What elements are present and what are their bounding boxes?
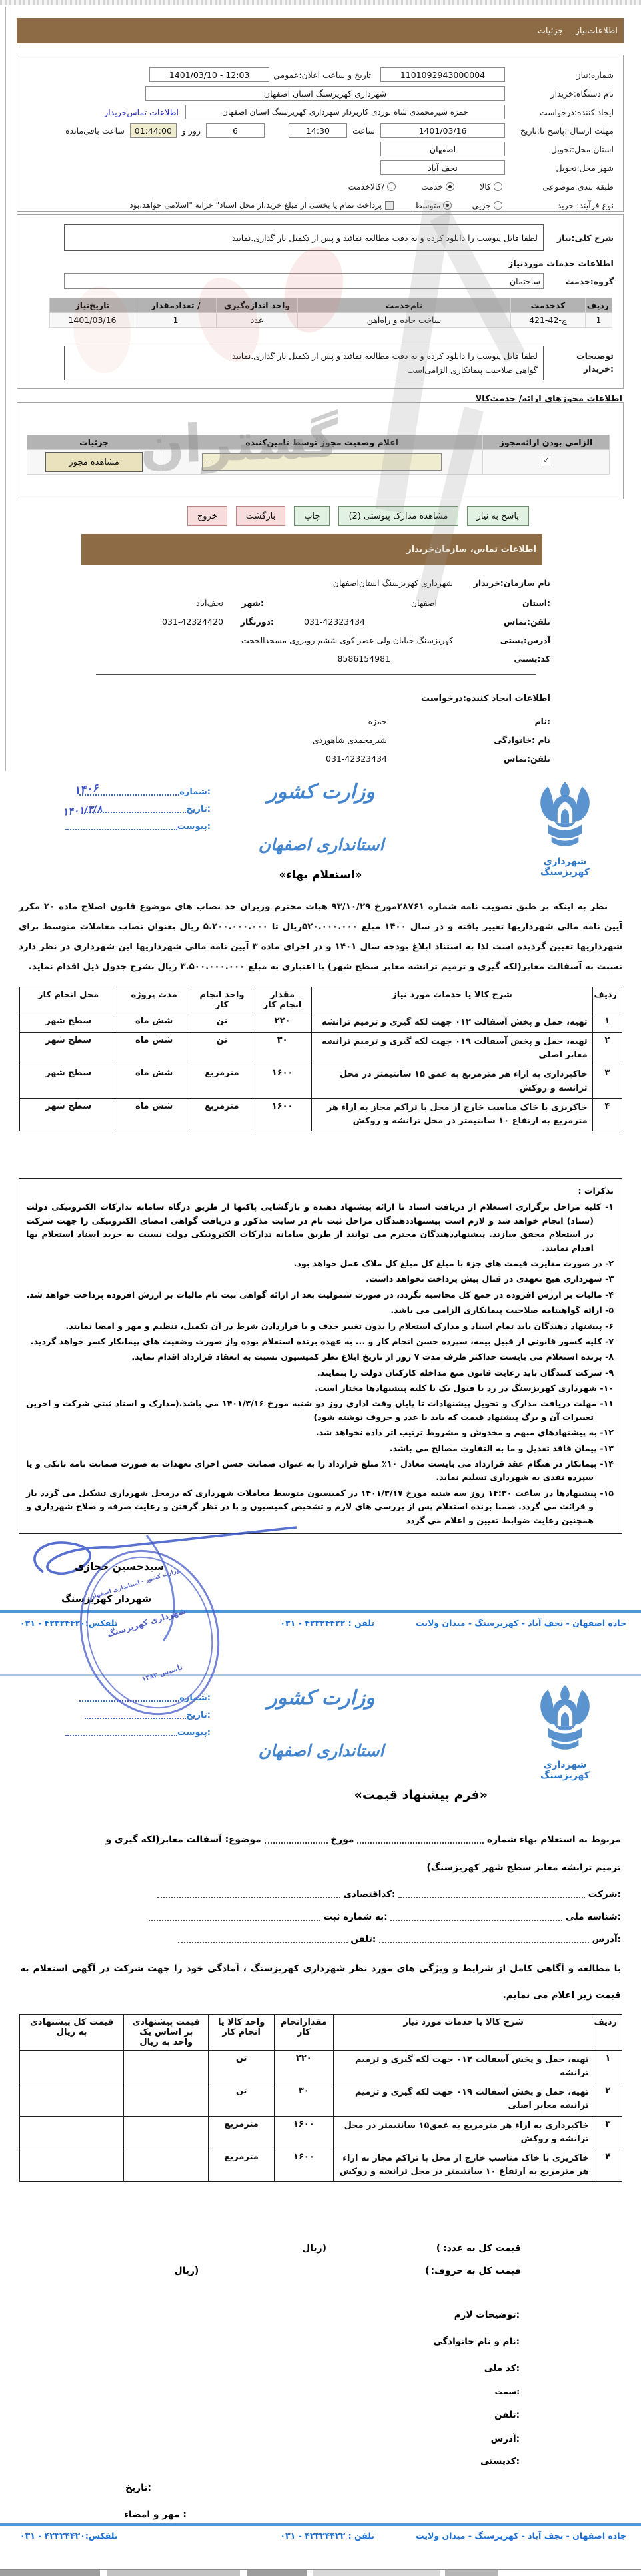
pledge-text: با مطالعه و آگاهی کامل از شرایط و ویژگی …: [20, 1955, 621, 2009]
letter1-body: نظر به اینکه بر طبق تصویب نامه شماره ۲۸۷…: [19, 898, 622, 977]
permits-box: الزامی بودن ارائه‌مجوز اعلام وضعیت مجوز …: [17, 402, 624, 499]
remaining-label: ساعت باقی‌مانده: [65, 126, 125, 136]
postal-value: 8586154981: [337, 654, 390, 664]
table-row: ۳خاکبرداری به ازاء هر مترمربع به عمق۱۵ س…: [20, 2116, 622, 2149]
table-cell: شش ماه: [117, 1098, 191, 1131]
city-value2: نجف‌آباد: [196, 598, 223, 608]
toolbar: پاسخ به نیاز مشاهده مدارک پیوستی (2) چاپ…: [187, 506, 529, 526]
table-cell: تهیه، حمل و پخش آسفالت ۰۱۹ جهت لکه گیری …: [312, 1033, 592, 1065]
col1: ردیف: [594, 2015, 622, 2051]
note-item: ۲- در صورت مغایرت قیمت های جزء با مبلغ ک…: [26, 1257, 614, 1270]
creator-name-label: :نام: [477, 716, 550, 726]
radio-service[interactable]: [446, 182, 454, 191]
national-id-row: :شناسه ملی :به شماره ثبت: [20, 1912, 621, 1922]
table-cell: ۴: [592, 1098, 622, 1131]
process-type-label: نوع فرآیند: خرید: [505, 200, 614, 210]
radio-medium-label: متوسط: [414, 200, 440, 210]
note-item: ۷- کلیه کسور قانونی از قبیل بیمه، سپرده …: [26, 1335, 614, 1348]
buyer-field[interactable]: شهرداری کهریزسنگ استان اصفهان: [145, 86, 505, 101]
letter2-footer-rule: [0, 2523, 641, 2526]
col5: قیمت پیشنهادی بر اساس یک واحد به ریال: [124, 2015, 209, 2051]
announce-field[interactable]: 1401/03/10 - 12:03: [149, 67, 269, 82]
table-cell: [20, 2083, 124, 2116]
days-label: روز و: [182, 126, 201, 136]
nationalid-blank: [390, 1913, 562, 1920]
col2: شرح کالا یا خدمات مورد نیاز: [333, 2015, 594, 2051]
creator-label: ایجاد کننده:درخواست: [505, 107, 614, 117]
letter-price-proposal: شهرداری کهریزسنگ وزارت کشور استانداری اص…: [0, 1674, 641, 2576]
creator-family-label: نام :خانوادگی: [477, 735, 550, 745]
logo-caption2: شهرداری کهریزسنگ: [526, 1760, 604, 1781]
classification-label: طبقه بندی:موضوعی: [505, 182, 614, 192]
province-label2: :استان: [510, 598, 550, 608]
letter2-intro-line2: ترمیم ترانشه معابر سطح شهر کهریزسنگ): [427, 1862, 621, 1873]
col5: مدت پروژه: [117, 987, 191, 1013]
province-field[interactable]: اصفهان: [380, 142, 505, 156]
radio-goods[interactable]: [494, 182, 502, 191]
radio-minor-label: جزیي: [472, 200, 491, 210]
phone-label: تلفن:تماس: [510, 617, 550, 627]
table-cell: مترمربع: [209, 2149, 275, 2181]
radio-minor[interactable]: [494, 201, 502, 210]
table-cell: خاکبرداری به ازاء هر مترمربع به عمق ۱۵ س…: [312, 1065, 592, 1098]
table-cell: ۱: [592, 1013, 622, 1033]
table-cell: ۱: [594, 2051, 622, 2083]
table-cell: ۱۶۰۰: [275, 2116, 334, 2149]
table-cell: ج-42-421: [511, 313, 586, 328]
letter2-footer-fax: تلفکس:۴۲۳۲۴۴۲۰ - ۰۳۱: [20, 2531, 118, 2541]
deadline-label: مهلت ارسال :پاسخ تا:تاریخ: [505, 126, 614, 136]
col6: محل انجام کار: [20, 987, 117, 1013]
col-permit-details: جزئیات: [27, 435, 161, 450]
tab-details[interactable]: جزئیات: [532, 26, 570, 36]
table-cell: [20, 2051, 124, 2083]
table-cell: خاکریزی با خاک مناسب خارج از محل با تراک…: [312, 1098, 592, 1131]
table-cell: ۱۶۰۰: [253, 1098, 312, 1131]
org-name-value: شهرداری کهریزسنگ استان‌اصفهان: [333, 578, 453, 588]
need-details-titlebar: اطلاعات‌نیاز جزئیات: [17, 18, 624, 43]
company-row: :شرکت :کداقتصادی: [20, 1889, 621, 1900]
letter2-intro: مربوط به استعلام بهاء شماره مورخ موضوع: …: [20, 1834, 621, 1845]
buyer-label: نام دستگاه:خریدار: [505, 89, 614, 99]
buyer-remarks-label: توضیحات :خریدار: [544, 350, 614, 376]
note-item: ۱۲- به پیشنهادهای مبهم و مخدوش و مشروط ت…: [26, 1426, 614, 1439]
letter-price-inquiry: شهرداری کهریزسنگ وزارت کشور استانداری اص…: [0, 771, 641, 1674]
col6: قیمت کل پیشنهادی به ریال: [20, 2015, 124, 2051]
letter1-notes-box: تذکرات : ۱- کلیه مراحل برگزاری استعلام ا…: [19, 1178, 622, 1534]
col-need-date: تاریخ‌نیاز: [50, 298, 135, 313]
table-cell: [124, 2116, 209, 2149]
need-desc-box: شرح کلی:نیاز لطفا فایل پیوست را دانلود ک…: [17, 214, 624, 389]
note-item: ۱۰- شهرداری کهریزسنگ در رد یا قبول یک یا…: [26, 1382, 614, 1395]
radio-goods-service[interactable]: [387, 182, 396, 191]
deadline-date-field[interactable]: 1401/03/16: [380, 123, 505, 138]
table-cell: سطح شهر: [20, 1013, 117, 1033]
table-cell: سطح شهر: [20, 1033, 117, 1065]
table-row: ۳خاکبرداری به ازاء هر مترمربع به عمق ۱۵ …: [20, 1065, 622, 1098]
table-cell: مترمربع: [209, 2116, 275, 2149]
permit-status-field[interactable]: --: [202, 453, 442, 471]
radio-goods-label: کالا: [480, 182, 491, 192]
table-cell: ۲۲۰: [275, 2051, 334, 2083]
col-permit-status: اعلام وضعیت مجوز توسط تامین‌کننده: [161, 435, 483, 450]
next-page-cutoff: [0, 2569, 641, 2576]
postal-label: کد:پستی: [457, 654, 550, 664]
tulip-logo-icon: [530, 779, 600, 854]
company-blank: [398, 1890, 585, 1898]
table-cell: 1: [135, 313, 217, 328]
field-seal-sign: : مهر و امضاء: [124, 2509, 187, 2520]
table-cell: ۳: [592, 1065, 622, 1098]
field-position: :سمت: [0, 2387, 641, 2396]
fax-value: 031-42324420: [162, 617, 223, 627]
days-field[interactable]: 6: [206, 123, 265, 138]
permit-row: -- مشاهده مجوز: [27, 450, 610, 475]
table-cell: 1401/03/16: [50, 313, 135, 328]
divider: [96, 674, 536, 675]
treasury-checkbox[interactable]: [385, 201, 394, 210]
table-cell: تهیه، حمل و پخش آسفالت ۰۱۲ جهت لکه گیری …: [333, 2051, 594, 2083]
phone-blank: [178, 1935, 348, 1943]
creator-section-heading: اطلاعات ایجاد کننده:درخواست: [6, 690, 636, 708]
creator-field[interactable]: حمزه شیرمحمدی شاه بوردی کاربردار شهرداری…: [185, 105, 505, 119]
hour-label: ساعت: [352, 126, 375, 136]
table-row: ۲تهیه، حمل و پخش آسفالت ۰۱۹ جهت لکه گیری…: [20, 1033, 622, 1065]
city-field[interactable]: نجف آباد: [380, 160, 505, 175]
col3: مقدارانجام کار: [275, 2015, 334, 2051]
services-table-body: 1ج-42-421ساخت جاده و راه‌آهنعدد11401/03/…: [50, 313, 612, 328]
creator-family-value: شیرمحمدی شاهوردی: [313, 735, 387, 745]
col-unit: واحد اندازه‌گیری: [217, 298, 298, 313]
creator-name-value: حمزه: [368, 716, 387, 726]
notes-heading: تذکرات :: [26, 1184, 614, 1198]
table-cell: [20, 2116, 124, 2149]
col4: واحد انجام کار: [191, 987, 253, 1013]
col-qty: / تعدادمقدار: [135, 298, 217, 313]
need-number-label: شماره:نیاز: [505, 70, 614, 80]
table-row: ۱تهیه، حمل و پخش آسفالت ۰۱۲ جهت لکه گیری…: [20, 1013, 622, 1033]
table-cell: ۳: [594, 2116, 622, 2149]
table-cell: تن: [209, 2083, 275, 2116]
proposal-table-body: ۱تهیه، حمل و پخش آسفالت ۰۱۲ جهت لکه گیری…: [20, 2051, 622, 2182]
inquiry-items-table: ردیف شرح کالا یا خدمات مورد نیاز مقدار ا…: [19, 987, 622, 1131]
ministry-calligraphy: وزارت کشور: [221, 780, 421, 804]
creator-phone-value: 031-42323434: [326, 754, 387, 764]
need-desc-label: شرح کلی:نیاز: [544, 233, 614, 243]
table-row: ۴خاکریزی با خاک مناسب خارج از محل با ترا…: [20, 1098, 622, 1131]
back-button[interactable]: بازگشت: [236, 506, 285, 526]
radio-medium[interactable]: [443, 201, 452, 210]
table-cell: [124, 2149, 209, 2181]
table-cell: شش ماه: [117, 1013, 191, 1033]
field-address: :آدرس: [0, 2434, 641, 2444]
table-cell: [124, 2051, 209, 2083]
letter2-title: «فرم پیشنهاد قیمت»: [354, 1788, 488, 1802]
radio-goods-service-label: /کالاخدمت: [348, 182, 384, 192]
col1: ردیف: [592, 987, 622, 1013]
col-service-code: کدخدمت: [511, 298, 586, 313]
city-label2: :شهر: [227, 598, 264, 608]
table-cell: ۱۶۰۰: [275, 2149, 334, 2181]
buyer-contact-link[interactable]: اطلاعات تماس‌خریدار: [104, 107, 179, 117]
field-phone: :تلفن: [0, 2410, 641, 2420]
table-row: ۱تهیه، حمل و پخش آسفالت ۰۱۲ جهت لکه گیری…: [20, 2051, 622, 2083]
reply-to-need-button[interactable]: پاسخ به نیاز: [467, 506, 530, 526]
table-cell: ۴: [594, 2149, 622, 2181]
letter-number-block: :شماره :تاریخ :پیوست ۱۴۰۶ ۱۴۰۱/۳/۸: [24, 787, 211, 839]
permits-table-header: الزامی بودن ارائه‌مجوز اعلام وضعیت مجوز …: [27, 435, 610, 450]
field-notes: :توضیحات لازم: [0, 2310, 641, 2320]
col-permit-required: الزامی بودن ارائه‌مجوز: [483, 435, 610, 450]
tulip-logo-icon: [530, 1682, 600, 1757]
municipality-logo: شهرداری کهریزسنگ: [526, 779, 604, 878]
permits-table: الزامی بودن ارائه‌مجوز اعلام وضعیت مجوز …: [27, 435, 610, 475]
ministry-calligraphy2: وزارت کشور: [221, 1686, 421, 1710]
remaining-time-box: 01:44:00: [130, 123, 177, 138]
exit-button[interactable]: خروج: [187, 506, 227, 526]
address-blank: [379, 1935, 589, 1943]
scan-edge-dots: [0, 0, 641, 5]
governorate-calligraphy: استانداری اصفهان: [221, 835, 421, 854]
note-item: ۵- ارائه گواهینامه صلاحیت پیمانکاری الزا…: [26, 1304, 614, 1317]
buyer-contact-titlebar: اطلاعات تماس، سازمان‌خریدار: [81, 534, 542, 565]
permit-required-checkbox[interactable]: [542, 457, 550, 465]
table-row: ۴خاکریزی با خاک مناسب خارج از محل با ترا…: [20, 2149, 622, 2181]
col-service-name: نام‌خدمت: [298, 298, 511, 313]
hour-field[interactable]: 14:30: [289, 123, 347, 138]
table-cell: سطح شهر: [20, 1098, 117, 1131]
inquiry-number-blank: [357, 1836, 484, 1844]
table-row: ۲تهیه، حمل و پخش آسفالت ۰۱۹ جهت لکه گیری…: [20, 2083, 622, 2116]
inquiry-table-body: ۱تهیه، حمل و پخش آسفالت ۰۱۲ جهت لکه گیری…: [20, 1013, 622, 1131]
address-label: آدرس:پستی: [457, 635, 550, 645]
services-heading: اطلاعات خدمات موردنیاز: [17, 255, 623, 272]
field-postal: :کدپستی: [0, 2456, 641, 2467]
total-words-row: قیمت کل به حروف: ( ) ریال: [20, 2266, 521, 2276]
total-number-row: قیمت کل به عدد: ( ) ریال: [20, 2243, 521, 2254]
table-cell: تهیه، حمل و پخش آسفالت ۰۱۲ جهت لکه گیری …: [312, 1013, 592, 1033]
creator-phone-label: تلفن:تماس: [477, 754, 550, 764]
table-row: 1ج-42-421ساخت جاده و راه‌آهنعدد11401/03/…: [50, 313, 612, 328]
field-date: :تاریخ: [125, 2483, 151, 2493]
col3: مقدار انجام کار: [253, 987, 312, 1013]
table-cell: مترمربع: [191, 1098, 253, 1131]
province-label: استان محل:تحویل: [505, 144, 614, 154]
phone-value: 031-42323434: [304, 617, 437, 627]
services-table-header: ردیف کدخدمت نام‌خدمت واحد اندازه‌گیری / …: [50, 298, 612, 313]
table-cell: ۲۲۰: [253, 1013, 312, 1033]
org-name-label: نام سازمان:خریدار: [457, 578, 550, 588]
table-cell: 1: [586, 313, 612, 328]
field-national-code: :کد ملی: [0, 2363, 641, 2374]
note-item: ۱- کلیه مراحل برگزاری استعلام از دریافت …: [26, 1200, 614, 1255]
table-cell: شش ماه: [117, 1033, 191, 1065]
announce-label: تاریخ و ساعت اعلان:عمومي: [273, 70, 371, 80]
radio-service-label: خدمت: [421, 182, 443, 192]
table-cell: تن: [191, 1033, 253, 1065]
ecocode-blank: [157, 1890, 340, 1898]
note-item: ۴- مالیات بر ارزش افزوده در جمع کل محاسب…: [26, 1288, 614, 1302]
city-label: شهر محل:تحویل: [505, 163, 614, 173]
col-row: ردیف: [586, 298, 612, 313]
inquiry-date-blank: [265, 1836, 328, 1844]
setad-need-page: اطلاعات‌نیاز جزئیات شماره:نیاز 110109294…: [5, 7, 636, 772]
field-fullname: :نام و نام خانوادگی: [0, 2336, 641, 2347]
address-row: :آدرس :تلفن: [20, 1934, 621, 1945]
table-cell: ۳۰: [275, 2083, 334, 2116]
table-cell: تن: [191, 1013, 253, 1033]
table-cell: شش ماه: [117, 1065, 191, 1098]
tab-need-info[interactable]: اطلاعات‌نیاز: [570, 26, 624, 36]
letter1-title: «استعلام بهاء»: [0, 868, 641, 882]
table-cell: تن: [209, 2051, 275, 2083]
note-item: ۱۴- پیمانکار در هنگام عقد قرارداد می بای…: [26, 1457, 614, 1485]
table-cell: [20, 2149, 124, 2181]
handwritten-date: ۱۴۰۱/۳/۸: [62, 802, 103, 818]
address-value: کهریزسنگ خیابان ولی عصر کوی ششم روبروی م…: [241, 635, 453, 645]
note-item: ۹- شرکت کنندگان باید رعایت قانون منع مدا…: [26, 1366, 614, 1380]
table-cell: ساخت جاده و راه‌آهن: [298, 313, 511, 328]
table-cell: تهیه، حمل و پخش آسفالت ۰۱۹ جهت لکه گیری …: [333, 2083, 594, 2116]
print-button[interactable]: چاپ: [294, 506, 330, 526]
treasury-note: پرداخت تمام یا بخشی از مبلغ خرید،از محل …: [129, 200, 382, 210]
proposal-items-table: ردیف شرح کالا یا خدمات مورد نیاز مقداران…: [19, 2014, 622, 2182]
letter2-footer-phone: تلفن : ۴۲۳۲۴۴۲۲ - ۰۳۱: [280, 2531, 374, 2541]
province-value2: اصفهان: [304, 598, 437, 608]
table-cell: عدد: [217, 313, 298, 328]
table-cell: خاکبرداری به ازاء هر مترمربع به عمق۱۵ سا…: [333, 2116, 594, 2149]
need-info-box: شماره:نیاز 1101092943000004 تاریخ و ساعت…: [17, 55, 624, 212]
letter1-footer-address: جاده اصفهان - نجف آباد - کهریزسنگ - میدا…: [416, 1618, 626, 1628]
need-desc-field[interactable]: لطفا فایل پیوست را دانلود کرده و به دقت …: [64, 224, 544, 251]
table-cell: خاکریزی با خاک مناسب خارج از محل با تراک…: [333, 2149, 594, 2181]
buyer-remarks-field[interactable]: لطفا فایل پیوست را دانلود کرده و به دقت …: [64, 346, 544, 380]
note-item: ۶- پیشنهاد دهندگان باید تمام اسناد و مدا…: [26, 1320, 614, 1333]
table-cell: ۲: [592, 1033, 622, 1065]
table-cell: ۳۰: [253, 1033, 312, 1065]
col2: شرح کالا یا خدمات مورد نیاز: [312, 987, 592, 1013]
note-item: ۱۳- پیمان فاقد تعدیل و ما به التفاوت مصا…: [26, 1442, 614, 1455]
note-item: ۱۱- مهلت دریافت مدارک و تحویل پیشنهادات …: [26, 1397, 614, 1424]
municipality-logo2: شهرداری کهریزسنگ: [526, 1682, 604, 1781]
governorate-calligraphy2: استانداری اصفهان: [221, 1741, 421, 1760]
view-permit-button[interactable]: مشاهده مجوز: [45, 452, 143, 472]
fax-label: :دورنگار: [227, 617, 274, 627]
note-item: ۳- شهرداری هیچ تعهدی در قبال پیش پرداخت …: [26, 1272, 614, 1286]
view-attachments-button[interactable]: مشاهده مدارک پیوستی (2): [338, 506, 458, 526]
services-table: ردیف کدخدمت نام‌خدمت واحد اندازه‌گیری / …: [49, 298, 612, 328]
note-item: ۸- برنده استعلام می بایست حداکثر ظرف مدت…: [26, 1350, 614, 1364]
regno-blank: [149, 1913, 320, 1920]
proposal-table-header: ردیف شرح کالا یا خدمات مورد نیاز مقداران…: [20, 2015, 622, 2051]
need-number-field[interactable]: 1101092943000004: [380, 67, 505, 82]
table-cell: سطح شهر: [20, 1065, 117, 1098]
buyer-contact-title: اطلاعات تماس، سازمان‌خریدار: [400, 545, 542, 555]
inquiry-table-header: ردیف شرح کالا یا خدمات مورد نیاز مقدار ا…: [20, 987, 622, 1013]
letter2-footer-address: جاده اصفهان - نجف آباد - کهریزسنگ - میدا…: [416, 2531, 626, 2541]
table-cell: ۲: [594, 2083, 622, 2116]
table-cell: [124, 2083, 209, 2116]
service-group-field[interactable]: ساختمان: [64, 273, 544, 289]
table-cell: مترمربع: [191, 1065, 253, 1098]
service-group-label: گروه:خدمت: [544, 276, 614, 286]
notes-list: ۱- کلیه مراحل برگزاری استعلام از دریافت …: [26, 1200, 614, 1527]
col4: واحد کالا یا انجام کار: [209, 2015, 275, 2051]
table-cell: ۱۶۰۰: [253, 1065, 312, 1098]
